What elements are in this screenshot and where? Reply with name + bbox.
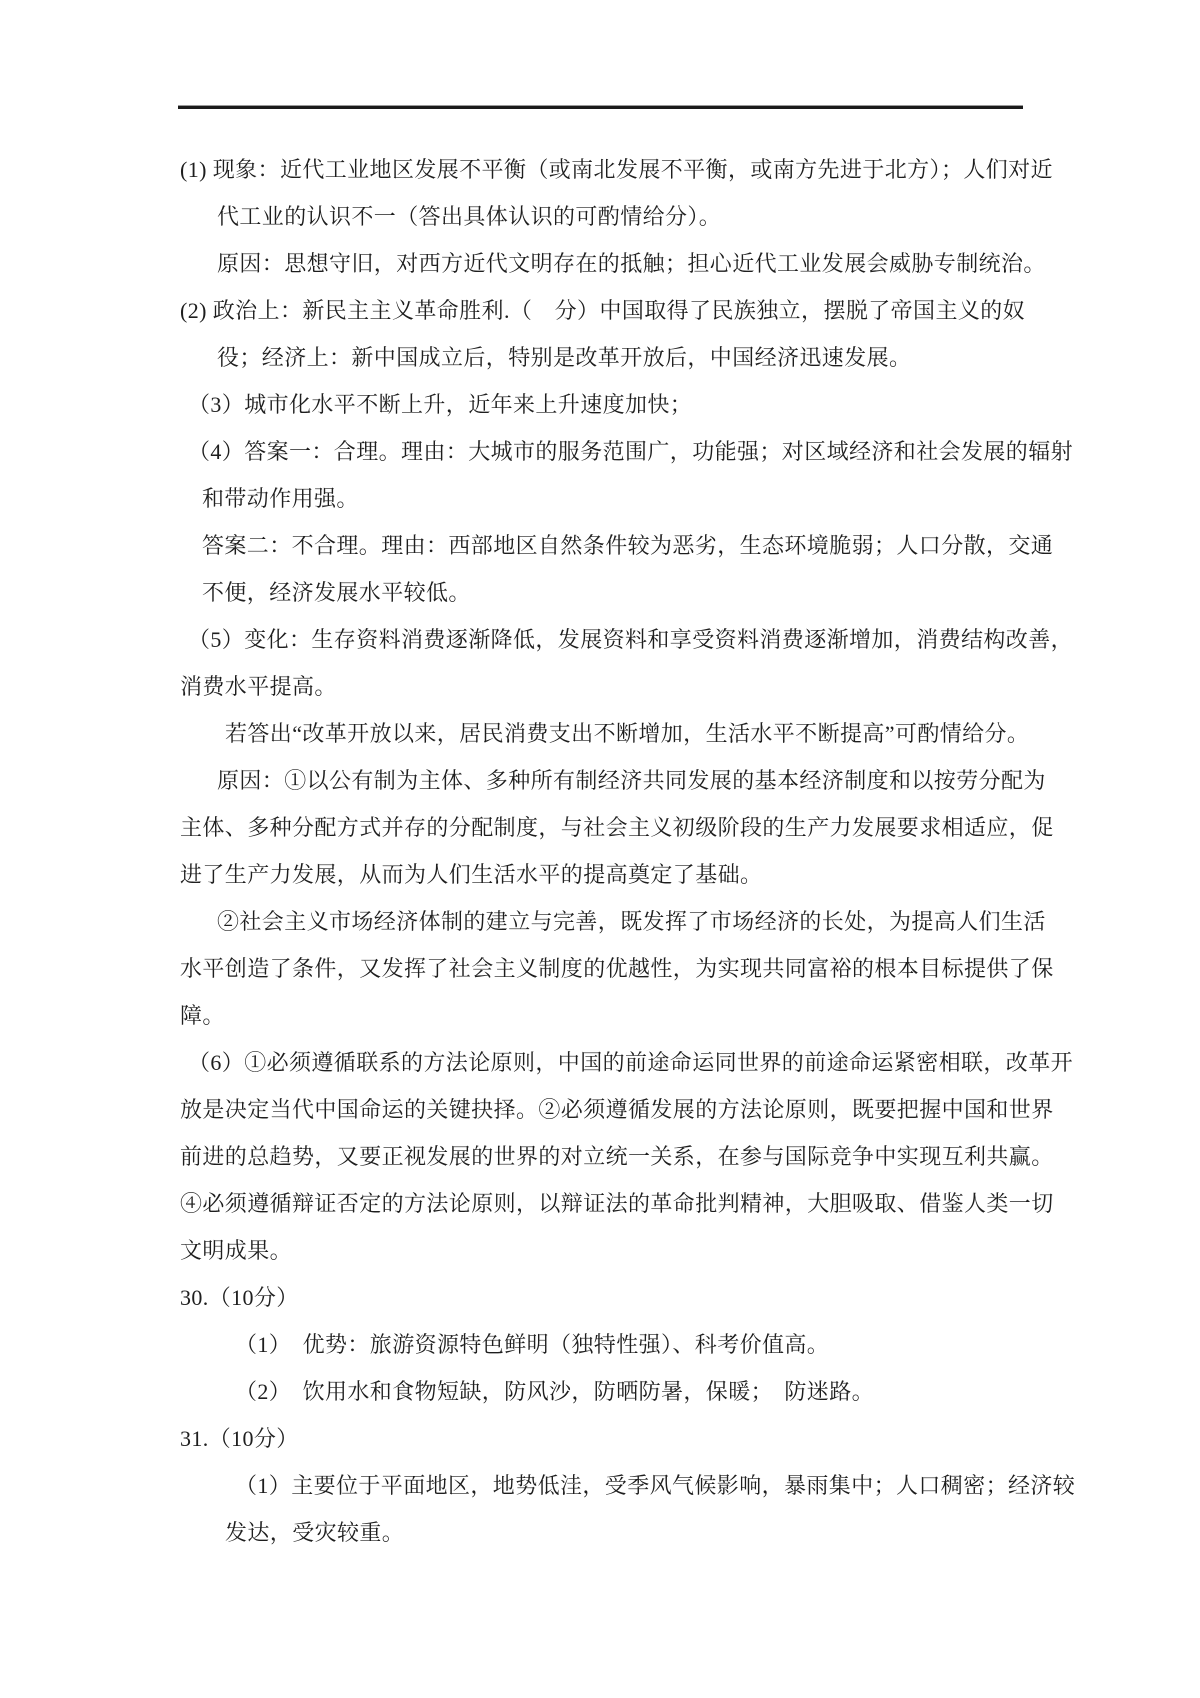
text-line: 代工业的认识不一（答出具体认识的可酌情给分）。 bbox=[217, 193, 1040, 240]
text-line: (2) 政治上：新民主主义革命胜利.（ 分）中国取得了民族独立，摆脱了帝国主义的… bbox=[180, 287, 1040, 334]
text-line: （2） 饮用水和食物短缺，防风沙，防晒防暑，保暖； 防迷路。 bbox=[235, 1368, 1040, 1415]
text-line: (1) 现象：近代工业地区发展不平衡（或南北发展不平衡，或南方先进于北方）；人们… bbox=[180, 146, 1040, 193]
text-line: 若答出“改革开放以来，居民消费支出不断增加，生活水平不断提高”可酌情给分。 bbox=[225, 710, 1040, 757]
text-line: 放是决定当代中国命运的关键抉择。②必须遵循发展的方法论原则，既要把握中国和世界 bbox=[180, 1086, 1040, 1133]
answer-text-block: (1) 现象：近代工业地区发展不平衡（或南北发展不平衡，或南方先进于北方）；人们… bbox=[180, 146, 1040, 1556]
text-line: （3）城市化水平不断上升，近年来上升速度加快； bbox=[188, 381, 1040, 428]
text-line: 障。 bbox=[180, 992, 1040, 1039]
text-line: 30.（10分） bbox=[180, 1274, 1040, 1321]
text-line: ②社会主义市场经济体制的建立与完善，既发挥了市场经济的长处，为提高人们生活 bbox=[217, 898, 1040, 945]
text-line: ④必须遵循辩证否定的方法论原则，以辩证法的革命批判精神，大胆吸取、借鉴人类一切 bbox=[180, 1180, 1040, 1227]
text-line: 水平创造了条件，又发挥了社会主义制度的优越性，为实现共同富裕的根本目标提供了保 bbox=[180, 945, 1040, 992]
text-line: （6）①必须遵循联系的方法论原则，中国的前途命运同世界的前途命运紧密相联，改革开 bbox=[188, 1039, 1040, 1086]
text-line: 主体、多种分配方式并存的分配制度，与社会主义初级阶段的生产力发展要求相适应，促 bbox=[180, 804, 1040, 851]
text-line: 答案二：不合理。理由：西部地区自然条件较为恶劣，生态环境脆弱；人口分散，交通 bbox=[202, 522, 1040, 569]
text-line: 和带动作用强。 bbox=[202, 475, 1040, 522]
text-line: 进了生产力发展，从而为人们生活水平的提高奠定了基础。 bbox=[180, 851, 1040, 898]
text-line: （5）变化：生存资料消费逐渐降低，发展资料和享受资料消费逐渐增加，消费结构改善， bbox=[188, 616, 1040, 663]
text-line: 文明成果。 bbox=[180, 1227, 1040, 1274]
text-line: 原因：思想守旧，对西方近代文明存在的抵触；担心近代工业发展会威胁专制统治。 bbox=[217, 240, 1040, 287]
top-divider-rule bbox=[178, 106, 1023, 109]
scanned-answer-page: (1) 现象：近代工业地区发展不平衡（或南北发展不平衡，或南方先进于北方）；人们… bbox=[0, 0, 1200, 1698]
text-line: 31.（10分） bbox=[180, 1415, 1040, 1462]
text-line: 不便，经济发展水平较低。 bbox=[202, 569, 1040, 616]
text-line: 发达，受灾较重。 bbox=[225, 1509, 1040, 1556]
text-line: 原因：①以公有制为主体、多种所有制经济共同发展的基本经济制度和以按劳分配为 bbox=[217, 757, 1040, 804]
text-line: 前进的总趋势，又要正视发展的世界的对立统一关系，在参与国际竞争中实现互利共赢。 bbox=[180, 1133, 1040, 1180]
text-line: 消费水平提高。 bbox=[180, 663, 1040, 710]
text-line: 役；经济上：新中国成立后，特别是改革开放后，中国经济迅速发展。 bbox=[217, 334, 1040, 381]
text-line: （1）主要位于平面地区，地势低洼，受季风气候影响，暴雨集中；人口稠密；经济较 bbox=[235, 1462, 1040, 1509]
text-line: （1） 优势：旅游资源特色鲜明（独特性强）、科考价值高。 bbox=[235, 1321, 1040, 1368]
text-line: （4）答案一：合理。理由：大城市的服务范围广，功能强；对区域经济和社会发展的辐射 bbox=[188, 428, 1040, 475]
